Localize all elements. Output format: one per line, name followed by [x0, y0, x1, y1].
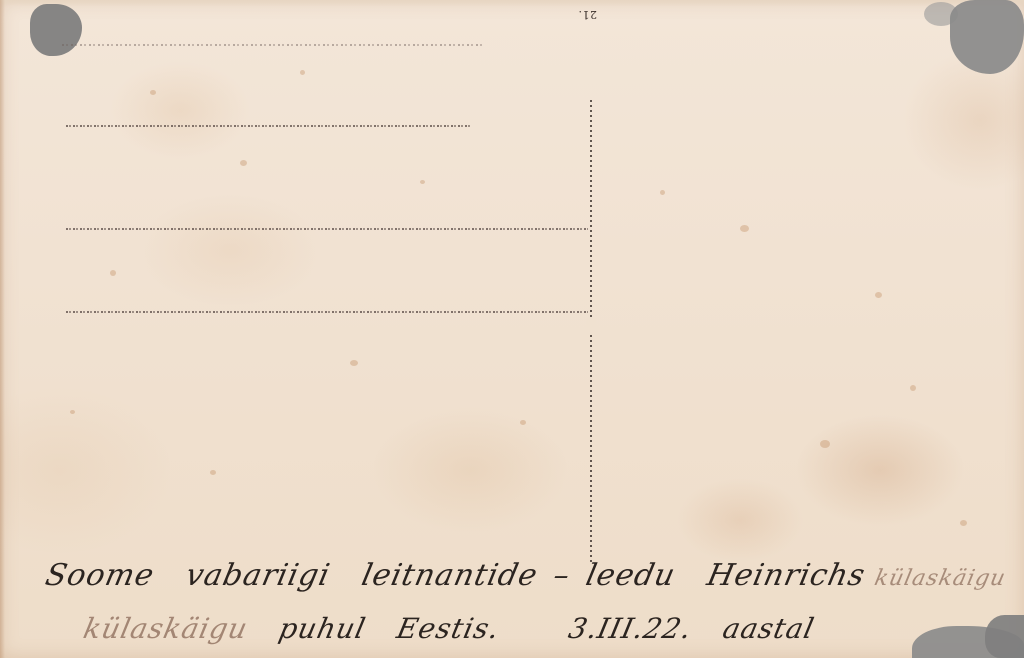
address-line-3 — [66, 311, 588, 313]
hw-word: aastal — [720, 612, 818, 645]
hw-word: Heinrichs — [704, 558, 869, 593]
foxing-spot — [520, 420, 526, 425]
foxing-spot — [875, 292, 882, 298]
hw-word: leitnantide — [359, 558, 542, 593]
foxing-spot — [420, 180, 425, 184]
foxing-spot — [240, 160, 247, 166]
foxing-spot — [740, 225, 749, 232]
foxing-spot — [350, 360, 358, 366]
hw-faded-word: külaskäigu — [80, 612, 251, 645]
postcard-back: 21. Soome vabariigi leitnantide – leedu … — [0, 0, 1024, 658]
corner-stain-bottom-right-edge — [985, 615, 1024, 658]
hw-word: Eestis. — [394, 612, 503, 645]
hw-word: vabariigi — [183, 558, 334, 593]
handwritten-line-1: Soome vabariigi leitnantide – leedu Hein… — [42, 558, 1024, 593]
foxing-spot — [150, 90, 156, 95]
foxing-spot — [910, 385, 916, 391]
corner-stain-top-right — [950, 0, 1024, 74]
printed-page-number: 21. — [578, 8, 597, 21]
hw-faded-word: külaskäigu — [872, 566, 1008, 591]
foxing-spot — [820, 440, 830, 448]
foxing-spot — [960, 520, 967, 526]
corner-stain-top-left — [30, 4, 82, 56]
handwritten-line-2: külaskäigu puhul Eestis. 3.III.22. aasta… — [80, 612, 839, 645]
foxing-spot — [660, 190, 665, 195]
address-line-1 — [66, 125, 471, 127]
hw-word: Soome — [42, 558, 157, 593]
address-line-2 — [66, 228, 588, 230]
printed-header-line — [62, 44, 482, 46]
divider-gap — [586, 318, 596, 334]
foxing-spot — [70, 410, 75, 414]
hw-date: 3.III.22. — [566, 612, 695, 645]
hw-dash: – — [550, 558, 573, 593]
foxing-spot — [210, 470, 216, 475]
foxing-spot — [110, 270, 116, 276]
foxing-spot — [300, 70, 305, 75]
hw-word: puhul — [276, 612, 369, 645]
hw-word: leedu — [583, 558, 679, 593]
